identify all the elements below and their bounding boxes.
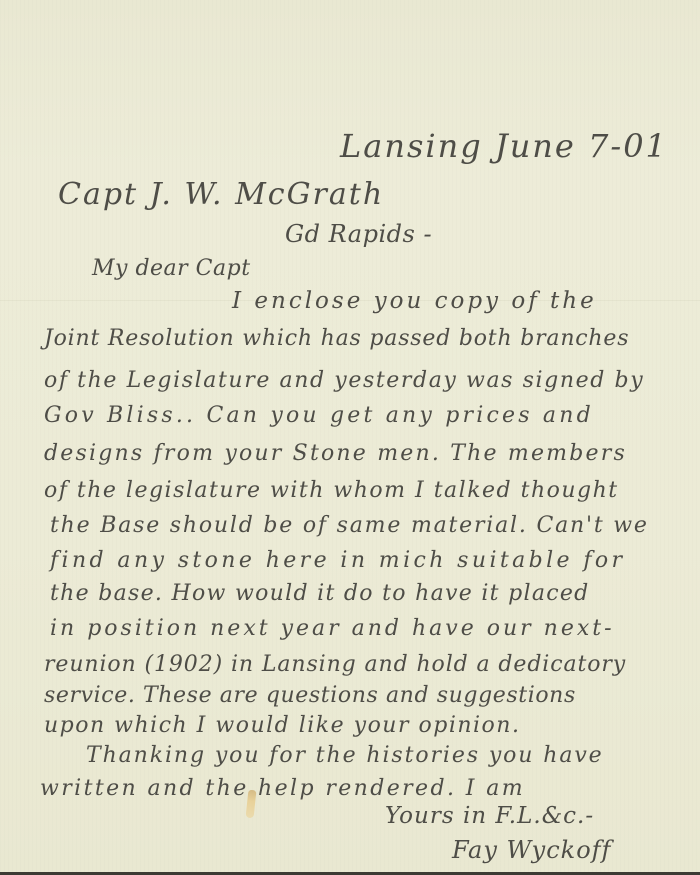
- body-line: Thanking you for the histories you have: [86, 745, 604, 767]
- salutation: My dear Capt: [92, 258, 251, 280]
- body-line: reunion (1902) in Lansing and hold a ded…: [44, 654, 626, 676]
- paper-stain: [246, 790, 257, 819]
- closing: Yours in F.L.&c.-: [385, 805, 594, 828]
- place-date: Lansing June 7-01: [340, 130, 668, 162]
- body-line: of the Legislature and yesterday was sig…: [44, 370, 644, 392]
- recipient-location: Gd Rapids -: [285, 222, 432, 246]
- body-line: designs from your Stone men. The members: [44, 443, 627, 465]
- body-line: written and the help rendered. I am: [40, 778, 525, 800]
- body-line: upon which I would like your opinion.: [44, 715, 520, 737]
- body-line: find any stone here in mich suitable for: [50, 550, 625, 572]
- body-line: I enclose you copy of the: [232, 290, 597, 313]
- recipient-name: Capt J. W. McGrath: [58, 180, 384, 210]
- body-line: Gov Bliss.. Can you get any prices and: [44, 405, 594, 427]
- body-line: of the legislature with whom I talked th…: [44, 480, 619, 502]
- body-line: the Base should be of same material. Can…: [50, 515, 649, 537]
- letter-page: Lansing June 7-01 Capt J. W. McGrath Gd …: [0, 0, 700, 875]
- body-line: service. These are questions and suggest…: [44, 685, 576, 707]
- body-line: in position next year and have our next-: [50, 618, 615, 640]
- signature: Fay Wyckoff: [452, 838, 611, 862]
- body-line: the base. How would it do to have it pla…: [50, 583, 590, 605]
- body-line: Joint Resolution which has passed both b…: [44, 328, 629, 350]
